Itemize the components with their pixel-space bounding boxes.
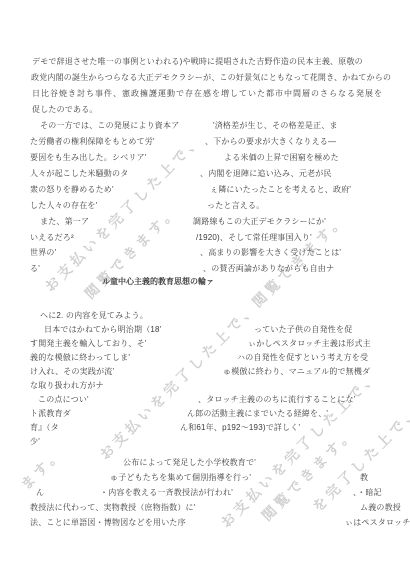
text-fragment: ト派教育ダ: [30, 409, 71, 419]
text-fragment: よる米価の上昇で困窮を極めた: [224, 153, 339, 163]
text-fragment: 、タロッチ主義ののちに流行することにな': [198, 395, 355, 405]
text-fragment: す開発主義を輸入しており、そ': [30, 339, 147, 349]
text-fragment: 、高まりの影響を大きく受けたことは': [200, 248, 341, 258]
text-fragment: この点につい': [38, 395, 89, 405]
text-fragment: ゅ子どもたちを集めて個別指導を行っ': [110, 473, 251, 483]
text-fragment: '済格差が生じ、その格差是正、ま: [213, 121, 338, 131]
text-fragment: ったと言える。: [207, 201, 264, 211]
text-fragment: 法、ことに単語図・博物図などを用いた序: [30, 518, 186, 528]
scanned-document-page: お支払いを完了した上で、閲覧できます。お支払いを完了した上で、閲覧できます。お支…: [0, 0, 410, 580]
text-fragment: 促したのである。: [32, 105, 98, 115]
text-fragment: /1920)、そして常任理事国入り': [196, 233, 312, 243]
text-fragment: 育』（タ: [30, 423, 59, 433]
text-fragment: ル童中心主義的教育思想の輪ァ: [102, 277, 214, 287]
text-fragment: ぇ隣にいたったことを考えると、政府': [210, 185, 351, 195]
text-fragment: け入れ、その実践が流': [30, 367, 114, 377]
text-fragment: 教授法に代わって、実物教授（庶物指数）に': [30, 503, 196, 513]
text-fragment: 世界の': [30, 248, 56, 258]
text-fragment: 少': [30, 437, 40, 447]
text-fragment: 日比谷焼き討ち事件、憲政擁護運動で存在感を増していた都市中間層のさらなる発展を: [32, 89, 383, 99]
text-fragment: ・内容を教える一斉教授法が行われ': [100, 488, 233, 498]
text-fragment: ん: [36, 488, 44, 498]
text-fragment: した人々の存在を': [30, 201, 97, 211]
text-fragment: ぃかしペスタロッチ主義は形式主: [248, 339, 371, 349]
text-fragment: 人々が起こした米騒動のタ: [30, 169, 128, 179]
text-fragment: 教: [360, 473, 368, 483]
text-fragment: っていた子供の自発性を促: [254, 325, 352, 335]
text-fragment: ム義の教授: [360, 503, 401, 513]
text-fragment: 、下からの要求が大きくなりえる―: [205, 137, 336, 147]
text-fragment: 、の賛否両論がありながらも自由ナ: [203, 264, 334, 274]
text-fragment: 政党内閣の誕生からつらなる大正デモクラシーが、この好景気にともなって花開き、かね…: [31, 73, 391, 83]
document-text-layer: デモで辞退させた唯一の事例といわれる)や戦時に提唱された吉野作造の民本主義、原敬…: [0, 0, 410, 580]
text-fragment: ハの自発性を促すという考え方を受: [237, 353, 368, 363]
text-fragment: 日本ではかねてから明治期（18': [44, 325, 161, 335]
text-fragment: いえるだろ²: [30, 233, 74, 243]
text-fragment: ゅ模倣に終わり、マニュアル的で無機ダ: [223, 367, 370, 377]
text-fragment: デモで辞退させた唯一の事例といわれる)や戦時に提唱された吉野作造の民本主義、原敬…: [32, 57, 363, 67]
text-fragment: ヘに2. の内容を見てみよう。: [40, 311, 148, 321]
text-fragment: 義的な模倣に終わってしま': [30, 353, 130, 363]
text-fragment: 衆の怒りを静めるため': [30, 185, 114, 195]
text-fragment: ん和61年、p192～193)で詳しく': [180, 423, 300, 433]
text-fragment: た労働者の権利保障をもとめて労': [30, 137, 155, 147]
text-fragment: ん郎の活動主義にまでいたる経緯を、': [187, 409, 328, 419]
text-fragment: 公布によって発足した小学校教育で': [123, 458, 256, 468]
text-fragment: その一方では、この発展により資本ア: [40, 121, 179, 131]
text-fragment: 調路線もこの大正デモクラシーにか': [193, 217, 326, 227]
text-fragment: 要因をも生み出した。シベリア': [30, 153, 147, 163]
text-fragment: な取り扱われ方がナ: [30, 381, 104, 391]
text-fragment: る': [30, 264, 40, 274]
text-fragment: ぃはペスタロッチ: [345, 518, 410, 528]
text-fragment: 、・暗記: [353, 488, 382, 498]
text-fragment: 、内閣を退陣に追い込み、元老が民: [200, 169, 332, 179]
text-fragment: また、第一ア: [40, 217, 89, 227]
